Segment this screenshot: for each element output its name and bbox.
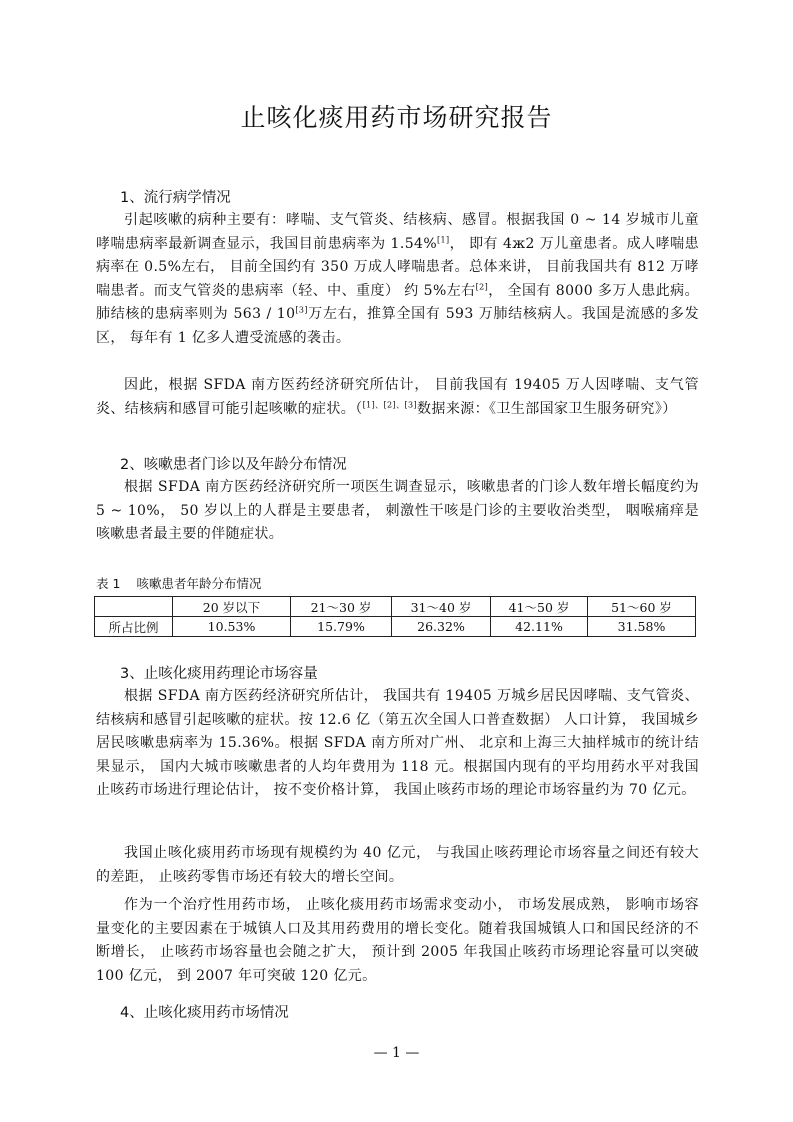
table-header-row: 20 岁以下 21～30 岁 31～40 岁 41～50 岁 51～60 岁 — [95, 597, 696, 617]
table-row: 所占比例 10.53% 15.79% 26.32% 42.11% 31.58% — [95, 617, 696, 637]
table-cell: 42.11% — [491, 617, 588, 637]
table-header-cell: 41～50 岁 — [491, 597, 588, 617]
table-cell: 10.53% — [173, 617, 291, 637]
table-header-cell: 31～40 岁 — [392, 597, 491, 617]
document-title: 止咳化痰用药市场研究报告 — [0, 98, 793, 134]
citation: [1]、[2]、[3] — [363, 400, 417, 409]
paragraph-epidemiology: 引起咳嗽的病种主要有：哮喘、支气管炎、结核病、感冒。根据我国 0 ~ 14 岁城… — [96, 209, 699, 350]
table-caption-label: 表 1 — [96, 576, 120, 591]
page-number: — 1 — — [0, 1045, 793, 1061]
table-header-cell: 20 岁以下 — [173, 597, 291, 617]
text: 数据来源：《卫生部国家卫生服务研究》） — [417, 401, 677, 417]
citation: [2] — [476, 282, 489, 291]
table-header-cell — [95, 597, 173, 617]
table-header-cell: 21～30 岁 — [291, 597, 392, 617]
table-cell: 31.58% — [588, 617, 696, 637]
paragraph-estimate: 因此，根据 SFDA 南方医药经济研究所估计， 目前我国有 19405 万人因哮… — [96, 374, 699, 421]
table-cell: 所占比例 — [95, 617, 173, 637]
section-heading-2: 2、咳嗽患者门诊以及年龄分布情况 — [120, 453, 347, 474]
citation: [3] — [295, 305, 308, 314]
paragraph-outpatient: 根据 SFDA 南方医药经济研究所一项医生调查显示，咳嗽患者的门诊人数年增长幅度… — [96, 476, 699, 547]
section-heading-3: 3、止咳化痰用药理论市场容量 — [120, 662, 318, 683]
table-caption-title: 咳嗽患者年龄分布情况 — [136, 576, 261, 591]
age-distribution-table: 20 岁以下 21～30 岁 31～40 岁 41～50 岁 51～60 岁 所… — [94, 596, 696, 637]
section-heading-4: 4、止咳化痰用药市场情况 — [120, 1001, 289, 1022]
citation: [1] — [437, 235, 450, 244]
paragraph-market-size: 我国止咳化痰用药市场现有规模约为 40 亿元， 与我国止咳药理论市场容量之间还有… — [96, 842, 699, 889]
table-cell: 26.32% — [392, 617, 491, 637]
paragraph-market-capacity: 根据 SFDA 南方医药经济研究所估计， 我国共有 19405 万城乡居民因哮喘… — [96, 685, 699, 803]
table-header-cell: 51～60 岁 — [588, 597, 696, 617]
table-cell: 15.79% — [291, 617, 392, 637]
paragraph-market-outlook: 作为一个治疗性用药市场， 止咳化痰用药市场需求变动小， 市场发展成熟， 影响市场… — [96, 894, 699, 988]
section-heading-1: 1、流行病学情况 — [120, 186, 231, 207]
table-caption: 表 1咳嗽患者年龄分布情况 — [96, 574, 277, 592]
